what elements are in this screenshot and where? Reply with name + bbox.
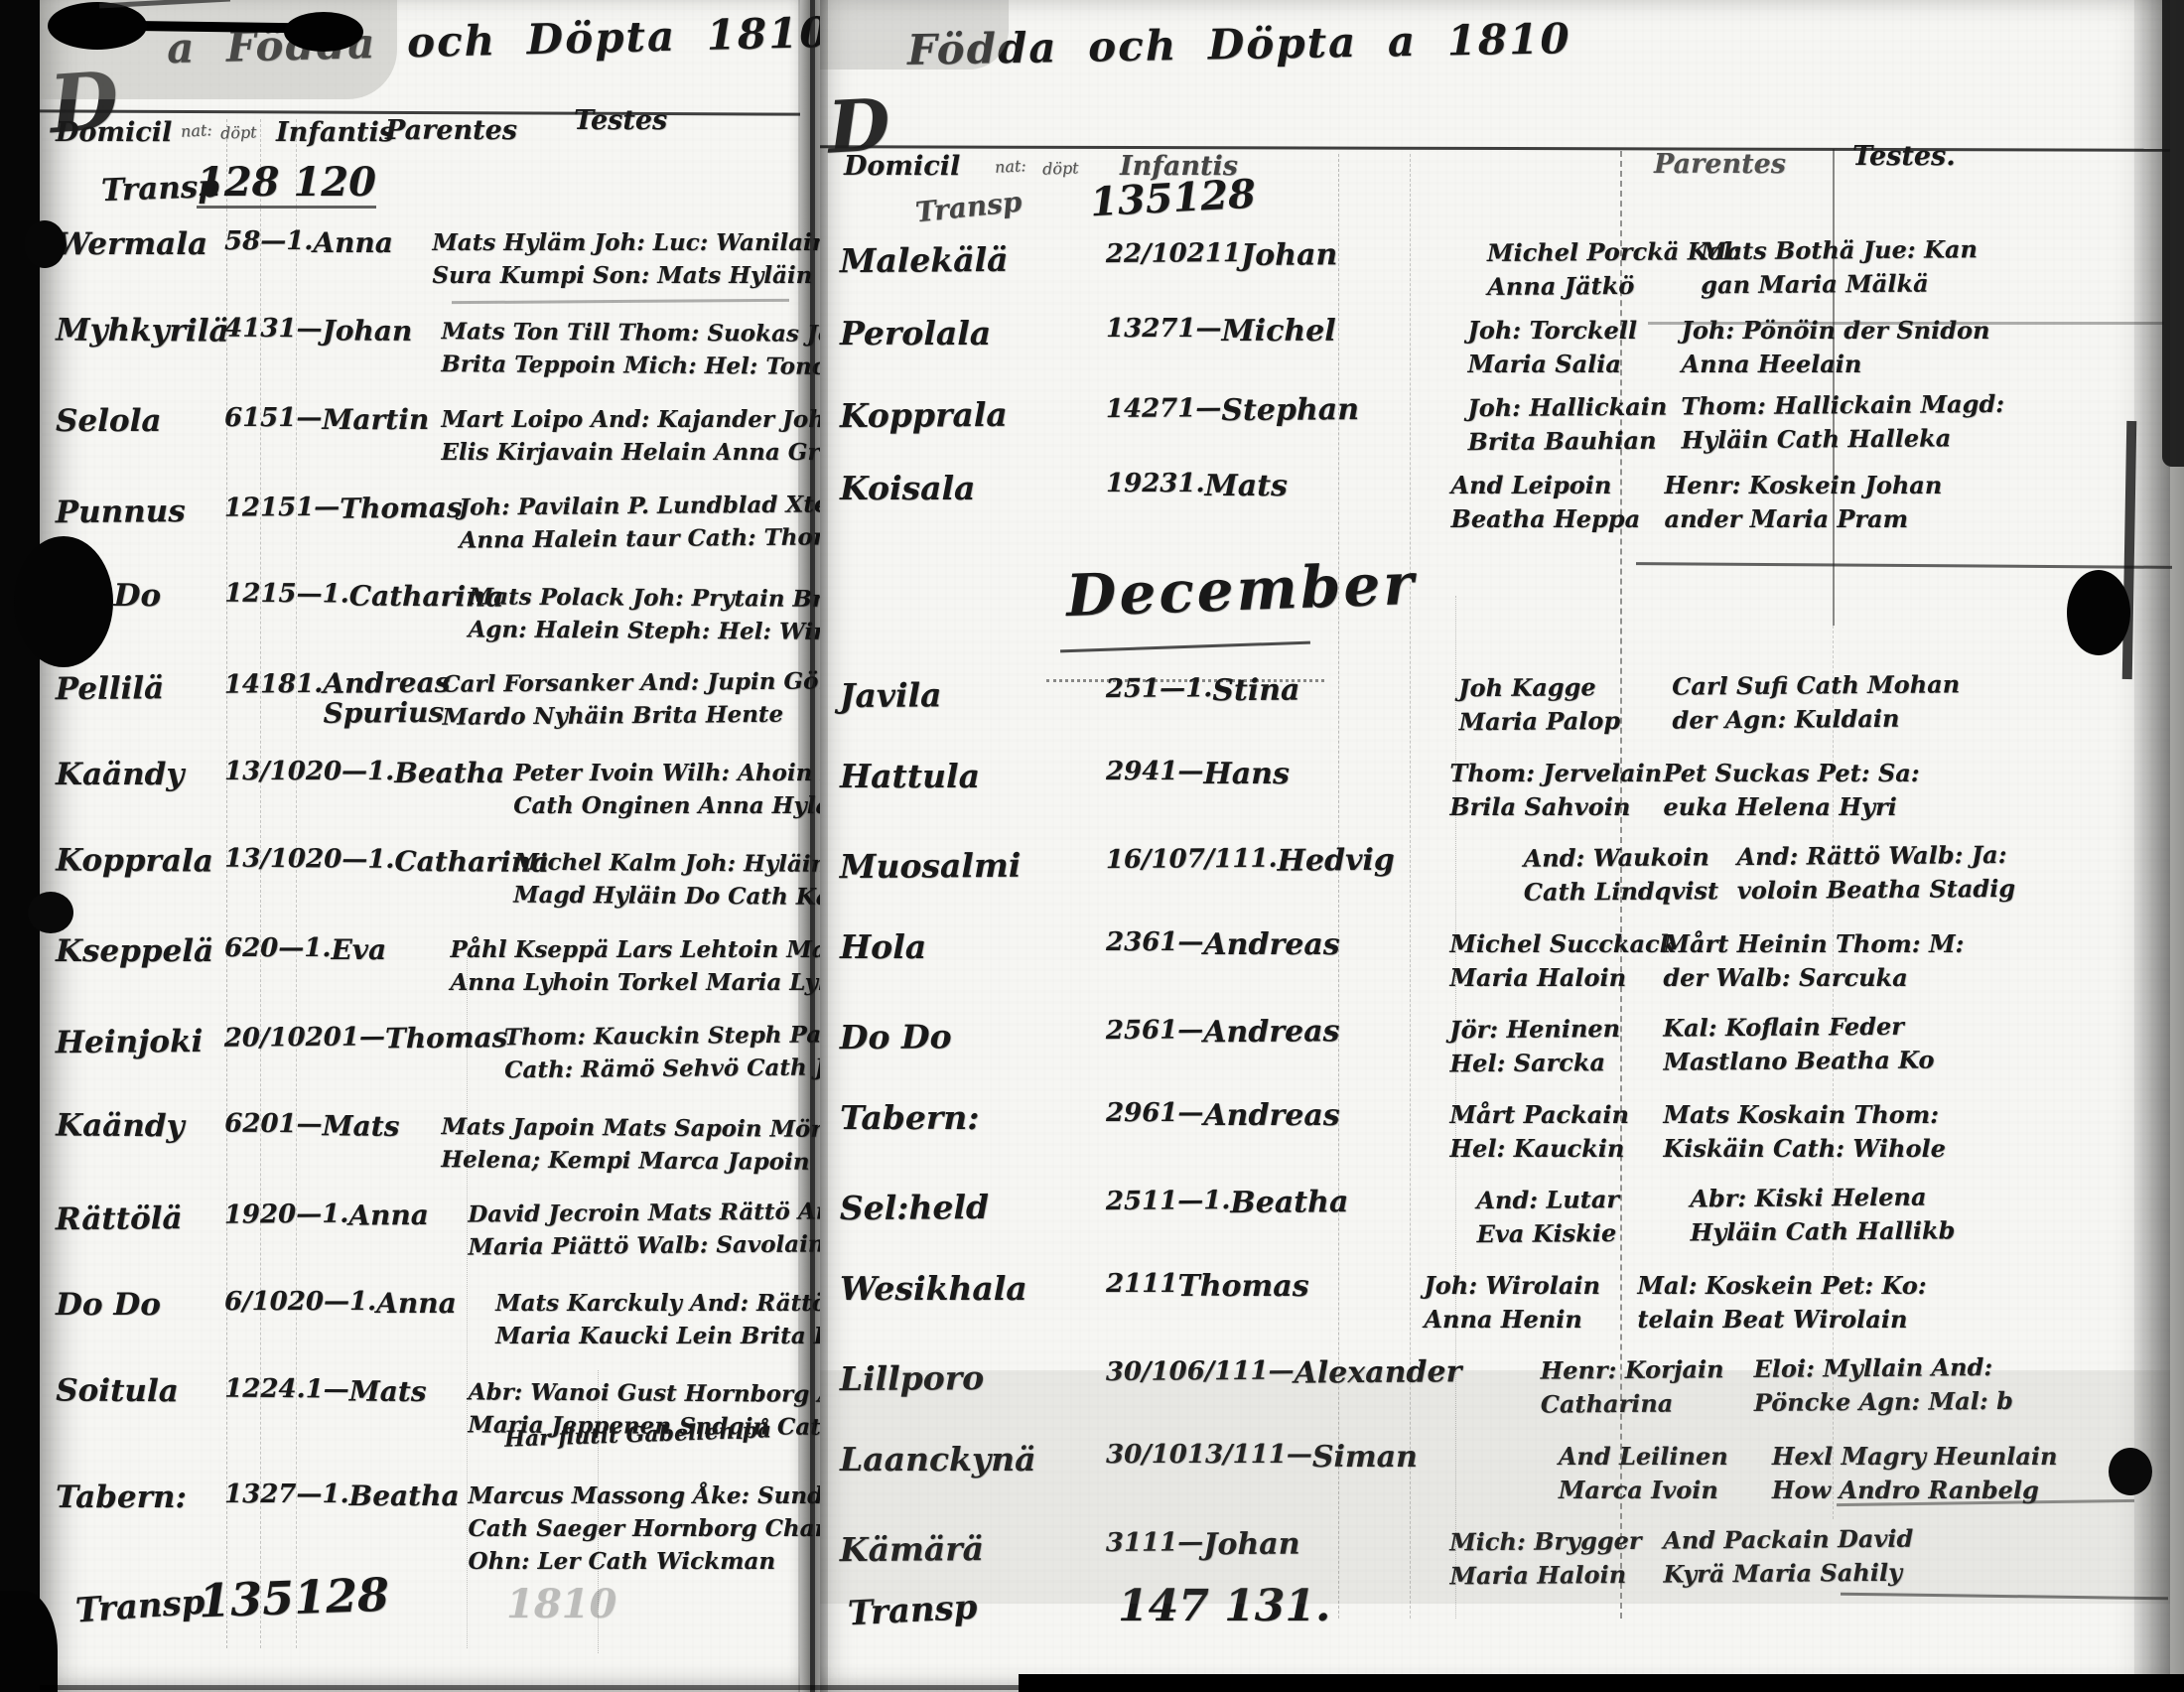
place-name: Hola bbox=[820, 927, 1106, 966]
child-name: Mats bbox=[1205, 469, 1451, 503]
male-count: — bbox=[341, 844, 367, 874]
birth-date: 19 bbox=[224, 1199, 260, 1229]
register-row: Do Do 6/10 20 — 1. Anna Mats Karckuly An… bbox=[40, 1287, 800, 1375]
place-name: Wermala bbox=[40, 226, 224, 262]
baptism-date: 20 bbox=[242, 1109, 278, 1139]
ink-blob-right-margin bbox=[2067, 570, 2130, 655]
parents-names: Mårt PackainHel: Kauckin bbox=[1449, 1098, 1663, 1166]
child-name: Andreas bbox=[1203, 1013, 1449, 1050]
register-row: Tabern: 13 27 — 1. Beatha Marcus Massong… bbox=[40, 1464, 800, 1568]
place-name: Sel:held bbox=[820, 1187, 1106, 1227]
place-name: Do Do bbox=[40, 1287, 224, 1323]
child-name: AndreasSpurius bbox=[323, 668, 443, 729]
register-row: Malekälä 22/10 21 1 Johan Michel Porckä … bbox=[820, 231, 2171, 320]
male-count: 1 bbox=[306, 1374, 324, 1404]
child-name: Johan bbox=[1241, 236, 1487, 273]
baptism-date: 20 bbox=[242, 933, 278, 963]
male-count: 1 bbox=[1177, 314, 1195, 344]
witnesses-names: Henr: Koskein Johanander Maria Pram bbox=[1665, 469, 2170, 536]
birth-date: 25 bbox=[1106, 1016, 1142, 1046]
faint-bleedthrough-mark: 1810 bbox=[506, 1581, 616, 1627]
ink-blot-right bbox=[284, 12, 363, 52]
witnesses-names: Thom: Hallickain Magd:Hyläin Cath Hallek… bbox=[1681, 386, 2170, 458]
right-transport-value-top: 135128 bbox=[1089, 171, 1257, 226]
place-name: Tabern: bbox=[820, 1098, 1106, 1137]
parents-names: Thom: JervelainBrila Sahvoin bbox=[1449, 757, 1663, 824]
baptism-date: 4 bbox=[1142, 757, 1160, 786]
register-row: Do Do 25 6 1 — Andreas Jör: HeninenHel: … bbox=[820, 1008, 2171, 1104]
right-colhead-born: nat: bbox=[995, 156, 1027, 177]
ink-underline bbox=[1060, 641, 1310, 653]
ink-blob-right-lower bbox=[2109, 1448, 2152, 1495]
scan-shading-corner bbox=[820, 0, 1009, 70]
baptism-date: 11 bbox=[1124, 1269, 1160, 1299]
baptism-date: 11 bbox=[1142, 1187, 1177, 1216]
child-name: Beatha bbox=[1230, 1184, 1476, 1220]
male-count: 1 bbox=[341, 1023, 359, 1053]
binding-bump bbox=[28, 892, 73, 933]
place-name: Perolala bbox=[820, 314, 1106, 352]
baptism-date: 18 bbox=[260, 669, 296, 699]
register-row: Kopprala 14 27 1 — Stephan Joh: Hallicka… bbox=[820, 386, 2171, 475]
parents-names: And: LutarEva Kiskie bbox=[1476, 1182, 1691, 1251]
baptism-date: 15 bbox=[260, 579, 296, 609]
ink-underline bbox=[1648, 322, 2164, 325]
parents-names: Michel SucckackMaria Haloin bbox=[1449, 927, 1663, 995]
child-name: Stina bbox=[1212, 671, 1458, 708]
left-colhead-infantis: Infantis bbox=[276, 117, 394, 148]
witnesses-names: Mårt Heinin Thom: M:der Walb: Sarcuka bbox=[1663, 927, 2170, 995]
birth-date: 4 bbox=[224, 314, 242, 344]
witnesses-names: Abr: Kiski HelenaHyläin Cath Hallikb bbox=[1690, 1179, 2170, 1250]
male-count: 1 bbox=[296, 493, 314, 522]
male-count: — bbox=[278, 933, 304, 963]
child-name: Martin bbox=[322, 403, 441, 436]
female-count: 1. bbox=[1203, 1186, 1230, 1215]
male-count: 1 bbox=[278, 1109, 296, 1139]
right-transport-label-top: Transp bbox=[914, 185, 1024, 228]
place-name: Do Do bbox=[820, 1016, 1106, 1057]
child-name: Mats bbox=[349, 1375, 469, 1409]
binding-bump-large bbox=[14, 536, 113, 667]
female-count: — bbox=[1177, 1015, 1203, 1045]
left-page: a Födda och Döpta 1810 D Domicil nat: dö… bbox=[40, 0, 800, 1692]
register-row: Kseppelä 6 20 — 1. Eva Påhl Kseppä Lars … bbox=[40, 933, 800, 1022]
male-count: 1 bbox=[278, 403, 296, 433]
register-row: Punnus 12 15 1 — Thomas Joh: Pavilain P.… bbox=[40, 489, 801, 584]
birth-date: 2 bbox=[1106, 1269, 1124, 1299]
scan-bottom-bar bbox=[1019, 1674, 2184, 1692]
child-name: Beatha bbox=[349, 1480, 469, 1512]
left-colhead-parentes: Parentes bbox=[385, 115, 517, 146]
child-name: Anna bbox=[348, 1198, 468, 1232]
place-name: Javila bbox=[820, 674, 1106, 715]
female-count: 1. bbox=[286, 226, 313, 256]
male-count: 1 bbox=[1160, 1098, 1177, 1128]
register-row: Hola 23 6 1 — Andreas Michel SucckackMar… bbox=[820, 927, 2170, 1013]
place-name: Malekälä bbox=[820, 239, 1106, 280]
male-count: — bbox=[341, 757, 367, 786]
witnesses-names: And: Rättö Walb: Ja:voloin Beatha Stadig bbox=[1736, 837, 2170, 908]
birth-date: 25 bbox=[1106, 1187, 1142, 1216]
child-name: Hans bbox=[1203, 757, 1449, 791]
witnesses-names: Pet Suckas Pet: Sa:euka Helena Hyri bbox=[1663, 757, 2170, 824]
female-count: — bbox=[1195, 314, 1221, 344]
child-name: Beatha bbox=[394, 757, 513, 789]
witnesses-names: Kal: Koflain FederMastlano Beatha Ko bbox=[1663, 1008, 2170, 1079]
male-count: — bbox=[296, 1480, 322, 1509]
birth-date: 6 bbox=[224, 933, 242, 963]
female-count: — bbox=[1177, 927, 1203, 957]
baptism-date: 1 bbox=[1142, 674, 1160, 704]
place-name: Muosalmi bbox=[820, 845, 1106, 886]
place-name: Soitula bbox=[40, 1372, 224, 1409]
witnesses-names: Mal: Koskein Pet: Ko:telain Beat Wirolai… bbox=[1637, 1269, 2170, 1337]
male-count: 1 bbox=[1160, 757, 1177, 786]
baptism-date: 20 bbox=[306, 844, 341, 874]
right-edge-dark-strip bbox=[2162, 0, 2184, 467]
child-name: Andreas bbox=[1203, 927, 1449, 962]
parents-names: Michel Porckä Kol:Anna Jätkö bbox=[1487, 234, 1702, 304]
place-name: Heinjoki bbox=[40, 1024, 224, 1061]
child-name: Andreas bbox=[1203, 1098, 1449, 1133]
place-name: Rättölä bbox=[40, 1200, 224, 1238]
birth-date: 6 bbox=[224, 1109, 242, 1139]
birth-date: 29 bbox=[1106, 757, 1142, 786]
female-count: 1. bbox=[322, 1199, 348, 1229]
register-row: Do Do 12 15 — 1. Catharina Mats Polack J… bbox=[40, 577, 801, 670]
month-section-label: December bbox=[1065, 550, 1418, 630]
child-name: Thomas bbox=[1177, 1269, 1424, 1304]
birth-date: 25 bbox=[1106, 674, 1142, 704]
binding-bump bbox=[24, 220, 66, 268]
baptism-date: 23 bbox=[1142, 469, 1177, 498]
female-count: 1. bbox=[304, 933, 331, 963]
birth-date: 19 bbox=[1106, 469, 1142, 498]
baptism-date: 6 bbox=[1142, 927, 1160, 957]
baptism-date: 13 bbox=[242, 314, 278, 344]
right-colhead-parentes: Parentes bbox=[1654, 149, 1786, 180]
left-transport-label-bottom: Transp bbox=[74, 1583, 206, 1631]
place-name: Pellilä bbox=[40, 670, 224, 708]
birth-date: 6/10 bbox=[224, 1287, 288, 1317]
female-count: — bbox=[324, 1374, 349, 1404]
birth-date: 5 bbox=[224, 226, 242, 256]
child-name: Thomas bbox=[340, 492, 459, 525]
birth-date: 16/10 bbox=[1106, 844, 1187, 875]
place-name: Kaändy bbox=[40, 757, 224, 792]
witnesses-names: Mats Bothä Jue: Kangan Maria Mälkä bbox=[1701, 231, 2170, 303]
male-count: — bbox=[260, 226, 286, 256]
register-row: Muosalmi 16/10 7/11 1. Hedvig And: Wauko… bbox=[820, 837, 2171, 933]
place-name: Myhkyrilä bbox=[40, 312, 224, 349]
place-name: Kaändy bbox=[40, 1107, 224, 1144]
right-register-rows-november: Malekälä 22/10 21 1 Johan Michel Porckä … bbox=[820, 236, 2170, 546]
male-count: 1. bbox=[296, 669, 323, 699]
child-name: Hedvig bbox=[1277, 842, 1523, 879]
child-name: Thomas bbox=[385, 1021, 504, 1055]
baptism-date: 6 bbox=[1142, 1016, 1160, 1046]
witnesses-names: Mats Koskain Thom:Kiskäin Cath: Wihole bbox=[1663, 1098, 2170, 1166]
register-row: Kopprala 13/10 20 — 1. Catharina Michel … bbox=[40, 842, 801, 935]
baptism-date: 15 bbox=[260, 493, 296, 522]
register-row: Tabern: 29 6 1 — Andreas Mårt PackainHel… bbox=[820, 1098, 2170, 1184]
child-name: Mats bbox=[322, 1109, 441, 1143]
male-count: — bbox=[296, 579, 322, 609]
left-transport-value-bottom: 135128 bbox=[198, 1568, 390, 1628]
female-count: 1. bbox=[1185, 673, 1212, 703]
baptism-date: 20 bbox=[288, 1287, 324, 1317]
right-page: Födda och Döpta a 1810 D Domicil nat: dö… bbox=[820, 0, 2170, 1692]
female-count: 1. bbox=[322, 579, 348, 609]
register-row: Myhkyrilä 4 13 1 — Johan Mats Ton Till T… bbox=[40, 312, 801, 405]
parents-names: Joh: HallickainBrita Bauhian bbox=[1467, 390, 1682, 460]
birth-date: 14 bbox=[224, 669, 260, 699]
baptism-date: 20 bbox=[305, 1023, 341, 1053]
register-row: Rättölä 19 20 — 1. Anna David Jecroin Ma… bbox=[40, 1196, 801, 1291]
child-name: Catharina bbox=[394, 845, 513, 879]
child-name: Stephan bbox=[1221, 391, 1467, 428]
baptism-date: 27 bbox=[1142, 314, 1177, 344]
female-count: — bbox=[359, 1022, 385, 1052]
register-row: Sel:held 25 11 — 1. Beatha And: LutarEva… bbox=[820, 1179, 2171, 1275]
baptism-date: 8 bbox=[242, 226, 260, 256]
birth-date: 22/10 bbox=[1106, 238, 1187, 269]
birth-date: 13 bbox=[224, 1480, 260, 1509]
male-count: — bbox=[296, 1199, 322, 1229]
register-row: Kaändy 13/10 20 — 1. Beatha Peter Ivoin … bbox=[40, 757, 800, 845]
baptism-date: 24. bbox=[260, 1374, 305, 1404]
parents-names: And: WaukoinCath Lindqvist bbox=[1523, 840, 1737, 910]
female-count: 1. bbox=[349, 1287, 376, 1317]
birth-date: 29 bbox=[1106, 1098, 1142, 1128]
left-register-rows: Wermala 5 8 — 1. Anna Mats Hyläm Joh: Lu… bbox=[40, 226, 800, 1568]
parents-names: Joh: WirolainAnna Henin bbox=[1424, 1269, 1637, 1337]
child-name: Michel bbox=[1221, 314, 1467, 349]
birth-date: 12 bbox=[224, 1374, 260, 1404]
baptism-date: 20 bbox=[306, 757, 341, 786]
baptism-date: 21 bbox=[1187, 238, 1223, 268]
male-count: — bbox=[1160, 673, 1185, 703]
right-colhead-baptized: döpt bbox=[1042, 158, 1079, 178]
witnesses-names: Carl Sufi Cath Mohander Agn: Kuldain bbox=[1672, 666, 2170, 738]
child-name: Johan bbox=[322, 314, 441, 348]
right-colhead-testes: Testes. bbox=[1852, 141, 1956, 172]
female-count: — bbox=[296, 314, 322, 344]
baptism-date: 15 bbox=[242, 403, 278, 433]
birth-date: 13/10 bbox=[224, 757, 306, 786]
female-count: 1. bbox=[367, 845, 394, 875]
register-row: Pellilä 14 18 1. AndreasSpurius Carl For… bbox=[40, 665, 801, 761]
female-count: — bbox=[1195, 393, 1221, 423]
baptism-date: 7/11 bbox=[1187, 844, 1251, 875]
male-count: 1 bbox=[278, 314, 296, 344]
birth-date: 6 bbox=[224, 403, 242, 433]
left-colhead-domicil: Domicil bbox=[56, 117, 172, 148]
register-row: Kaändy 6 20 1 — Mats Mats Japoin Mats Sa… bbox=[40, 1107, 801, 1200]
birth-date: 13/10 bbox=[224, 844, 306, 875]
child-name: Eva bbox=[331, 933, 450, 966]
female-count: — bbox=[296, 1109, 322, 1139]
male-count: 1 bbox=[1177, 469, 1195, 498]
left-transport-value-top: 128 120 bbox=[197, 159, 376, 209]
parents-names: And LeipoinBeatha Heppa bbox=[1451, 469, 1665, 536]
ink-underline bbox=[1636, 562, 2172, 569]
birth-date: 12 bbox=[224, 493, 260, 522]
place-name: Koisala bbox=[820, 469, 1106, 507]
gutter-line bbox=[810, 0, 815, 1692]
child-name: Anna bbox=[376, 1287, 495, 1320]
parents-names: Joh KaggeMaria Palop bbox=[1458, 670, 1673, 740]
female-count: 1. bbox=[367, 757, 394, 786]
female-count: — bbox=[1177, 757, 1203, 786]
register-row: Heinjoki 20/10 20 1 — Thomas Thom: Kauck… bbox=[40, 1019, 801, 1114]
female-count: — bbox=[1177, 1098, 1203, 1128]
place-name: Hattula bbox=[820, 757, 1106, 795]
birth-date: 13 bbox=[1106, 314, 1142, 344]
left-colhead-testes: Testes bbox=[574, 105, 667, 136]
left-colhead-born: nat: bbox=[181, 120, 213, 141]
right-colhead-domicil: Domicil bbox=[844, 151, 960, 182]
right-header-rule bbox=[820, 145, 2170, 152]
register-row: Wesikhala 2 11 1 Thomas Joh: WirolainAnn… bbox=[820, 1269, 2170, 1354]
baptism-date: 6 bbox=[1142, 1098, 1160, 1128]
place-name: Tabern: bbox=[40, 1480, 224, 1515]
place-name: Wesikhala bbox=[820, 1269, 1106, 1308]
parents-names: Jör: HeninenHel: Sarcka bbox=[1449, 1012, 1664, 1081]
child-name: Catharina bbox=[349, 580, 469, 614]
baptism-date: 27 bbox=[1142, 394, 1177, 424]
place-name: Kopprala bbox=[40, 842, 224, 879]
ink-blot-left bbox=[48, 2, 147, 50]
baptism-date: 27 bbox=[260, 1480, 296, 1509]
female-count: 1. bbox=[322, 1480, 348, 1509]
male-count: — bbox=[1177, 1186, 1203, 1215]
register-row: Javila 25 1 — 1. Stina Joh KaggeMaria Pa… bbox=[820, 666, 2171, 763]
register-row: Perolala 13 27 1 — Michel Joh: TorckellM… bbox=[820, 314, 2170, 391]
scanned-register-spread: a Födda och Döpta 1810 D Domicil nat: dö… bbox=[0, 0, 2184, 1692]
register-row: Selola 6 15 1 — Martin Mart Loipo And: K… bbox=[40, 403, 800, 492]
scan-bottom-line bbox=[40, 1685, 1023, 1690]
birth-date: 14 bbox=[1106, 394, 1142, 424]
register-row: Koisala 19 23 1 . Mats And LeipoinBeatha… bbox=[820, 469, 2170, 546]
male-count: — bbox=[324, 1287, 349, 1317]
male-count: 1 bbox=[1160, 927, 1177, 957]
place-name: Selola bbox=[40, 403, 224, 439]
male-count: 1 bbox=[1177, 393, 1195, 423]
female-count: — bbox=[314, 493, 340, 522]
birth-date: 23 bbox=[1106, 927, 1142, 957]
register-row: Hattula 29 4 1 — Hans Thom: JervelainBri… bbox=[820, 757, 2170, 842]
male-count: 1 bbox=[1160, 1016, 1177, 1046]
scan-shading-band bbox=[820, 1370, 2170, 1604]
place-name: Kseppelä bbox=[40, 933, 224, 969]
birth-date: 20/10 bbox=[224, 1023, 306, 1054]
place-name: Kopprala bbox=[820, 394, 1106, 435]
female-count: . bbox=[1195, 469, 1204, 498]
male-count: 1 bbox=[1223, 238, 1241, 268]
male-count: 1 bbox=[1160, 1269, 1177, 1299]
birth-date: 12 bbox=[224, 579, 260, 609]
baptism-date: 20 bbox=[260, 1199, 296, 1229]
place-name: Punnus bbox=[40, 493, 224, 531]
female-count: — bbox=[296, 403, 322, 433]
female-count: 1. bbox=[1250, 844, 1277, 874]
child-name: Anna bbox=[313, 226, 432, 259]
